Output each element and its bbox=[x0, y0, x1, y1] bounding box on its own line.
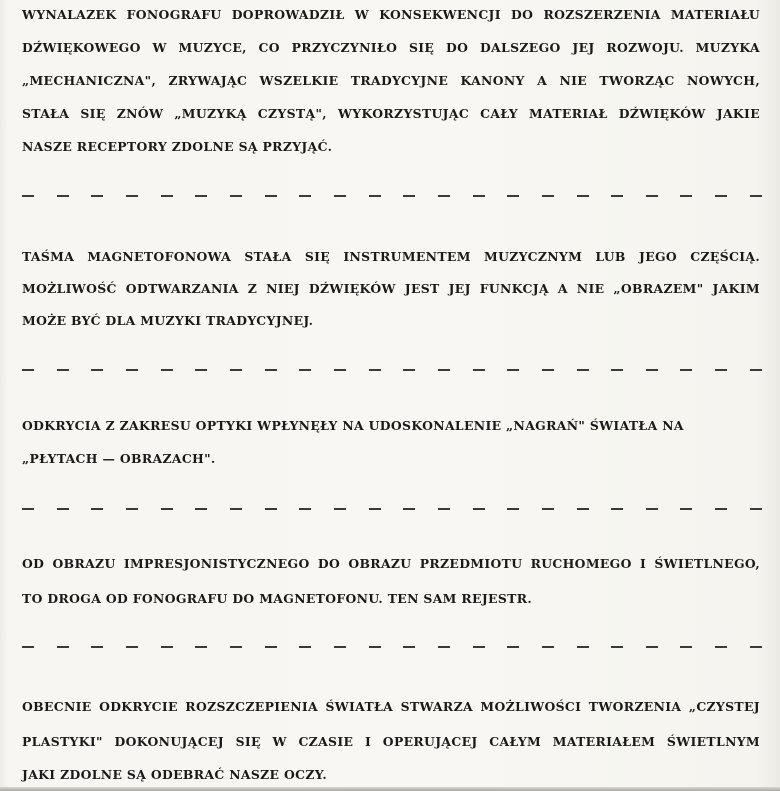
dash bbox=[473, 508, 485, 510]
dash bbox=[22, 508, 34, 510]
dash bbox=[57, 369, 69, 371]
text-line: TAŚMA MAGNETOFONOWA STAŁA SIĘ INSTRUMENT… bbox=[22, 249, 760, 265]
dash bbox=[438, 508, 450, 510]
dash bbox=[403, 508, 415, 510]
dash bbox=[91, 646, 103, 648]
dash bbox=[507, 195, 519, 197]
dash bbox=[161, 195, 173, 197]
dash bbox=[265, 195, 277, 197]
dashed-separator bbox=[22, 646, 762, 648]
text-line: MOŻE BYĆ DLA MUZYKI TRADYCYJNEJ. bbox=[22, 313, 313, 329]
dash bbox=[369, 508, 381, 510]
dash bbox=[126, 508, 138, 510]
dash bbox=[715, 195, 727, 197]
dash bbox=[22, 369, 34, 371]
dash bbox=[334, 508, 346, 510]
text-line: „MECHANICZNA", ZRYWAJĄC WSZELKIE TRADYCY… bbox=[22, 73, 760, 89]
dash bbox=[230, 646, 242, 648]
dash bbox=[57, 508, 69, 510]
dash bbox=[230, 195, 242, 197]
dash bbox=[646, 195, 658, 197]
dash bbox=[299, 646, 311, 648]
dash bbox=[299, 195, 311, 197]
dash bbox=[577, 369, 589, 371]
dash bbox=[369, 646, 381, 648]
dash bbox=[334, 646, 346, 648]
dash bbox=[126, 369, 138, 371]
dash bbox=[195, 369, 207, 371]
dash bbox=[91, 508, 103, 510]
dashed-separator bbox=[22, 508, 762, 510]
dash bbox=[715, 508, 727, 510]
text-line: PLASTYKI" DOKONUJĄCEJ SIĘ W CZASIE I OPE… bbox=[22, 734, 760, 750]
dash bbox=[473, 646, 485, 648]
dash bbox=[195, 508, 207, 510]
dash bbox=[680, 508, 692, 510]
text-line: OBECNIE ODKRYCIE ROZSZCZEPIENIA ŚWIATŁA … bbox=[22, 699, 760, 715]
dash bbox=[22, 646, 34, 648]
dash bbox=[438, 646, 450, 648]
dash bbox=[473, 195, 485, 197]
dash bbox=[265, 369, 277, 371]
dash bbox=[507, 369, 519, 371]
dash bbox=[507, 508, 519, 510]
dash bbox=[611, 369, 623, 371]
text-line: JAKI ZDOLNE SĄ ODEBRAĆ NASZE OCZY. bbox=[22, 767, 327, 783]
dash bbox=[438, 369, 450, 371]
dash bbox=[57, 195, 69, 197]
text-line: „PŁYTACH — OBRAZACH". bbox=[22, 451, 216, 467]
dash bbox=[161, 508, 173, 510]
dash bbox=[126, 195, 138, 197]
text-line: STAŁA SIĘ ZNÓW „MUZYKĄ CZYSTĄ", WYKORZYS… bbox=[22, 106, 760, 122]
dash bbox=[369, 369, 381, 371]
dash bbox=[334, 369, 346, 371]
dash bbox=[715, 646, 727, 648]
dash bbox=[542, 195, 554, 197]
dash bbox=[403, 195, 415, 197]
dash bbox=[230, 508, 242, 510]
dash bbox=[542, 508, 554, 510]
dash bbox=[230, 369, 242, 371]
text-line: WYNALAZEK FONOGRAFU DOPROWADZIŁ W KONSEK… bbox=[22, 7, 760, 23]
dash bbox=[299, 369, 311, 371]
dash bbox=[265, 508, 277, 510]
dash bbox=[750, 195, 762, 197]
dash bbox=[750, 646, 762, 648]
dash bbox=[473, 369, 485, 371]
dash bbox=[195, 195, 207, 197]
dash bbox=[611, 646, 623, 648]
dash bbox=[646, 508, 658, 510]
dash bbox=[161, 369, 173, 371]
dash bbox=[438, 195, 450, 197]
dash bbox=[403, 646, 415, 648]
dash bbox=[403, 369, 415, 371]
dash bbox=[680, 646, 692, 648]
dash bbox=[369, 195, 381, 197]
text-line: DŹWIĘKOWEGO W MUZYCE, CO PRZYCZYNIŁO SIĘ… bbox=[22, 40, 760, 56]
dash bbox=[507, 646, 519, 648]
dash bbox=[299, 508, 311, 510]
document-page: WYNALAZEK FONOGRAFU DOPROWADZIŁ W KONSEK… bbox=[0, 0, 780, 791]
dash bbox=[577, 646, 589, 648]
dash bbox=[542, 369, 554, 371]
text-line: OD OBRAZU IMPRESJONISTYCZNEGO DO OBRAZU … bbox=[22, 556, 760, 572]
dash bbox=[646, 369, 658, 371]
text-line: MOŻLIWOŚĆ ODTWARZANIA Z NIEJ DŹWIĘKÓW JE… bbox=[22, 281, 760, 297]
dashed-separator bbox=[22, 369, 762, 371]
dash bbox=[542, 646, 554, 648]
dash bbox=[611, 508, 623, 510]
dash bbox=[715, 369, 727, 371]
dash bbox=[334, 195, 346, 197]
dash bbox=[91, 369, 103, 371]
text-line: TO DROGA OD FONOGRAFU DO MAGNETOFONU. TE… bbox=[22, 591, 532, 607]
dashed-separator bbox=[22, 195, 762, 197]
dash bbox=[265, 646, 277, 648]
text-line: ODKRYCIA Z ZAKRESU OPTYKI WPŁYNĘŁY NA UD… bbox=[22, 418, 684, 434]
dash bbox=[680, 195, 692, 197]
dash bbox=[22, 195, 34, 197]
dash bbox=[646, 646, 658, 648]
dash bbox=[577, 195, 589, 197]
text-line: NASZE RECEPTORY ZDOLNE SĄ PRZYJĄĆ. bbox=[22, 139, 332, 155]
dash bbox=[577, 508, 589, 510]
dash bbox=[611, 195, 623, 197]
dash bbox=[57, 646, 69, 648]
dash bbox=[161, 646, 173, 648]
dash bbox=[680, 369, 692, 371]
dash bbox=[91, 195, 103, 197]
dash bbox=[750, 369, 762, 371]
dash bbox=[195, 646, 207, 648]
dash bbox=[126, 646, 138, 648]
dash bbox=[750, 508, 762, 510]
